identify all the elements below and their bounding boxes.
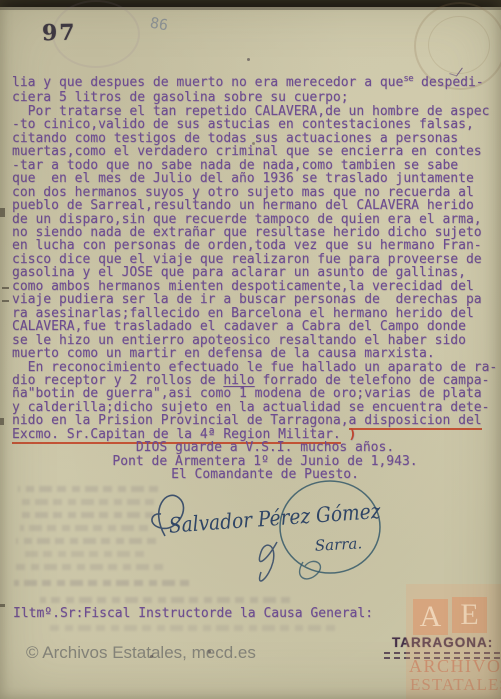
closing-line: Pont de Armentera 1º de Junio de 1,943. <box>30 455 500 468</box>
typed-line: gasolina y el JOSE que para aclarar un a… <box>12 266 500 279</box>
signature-name: Salvador Pérez Gómez <box>168 499 382 538</box>
typed-text-segment: lia y que despues de muerto no era merec… <box>12 75 403 90</box>
closing-block: DIOS guarde a V.S.I. muchos años.Pont de… <box>12 441 500 481</box>
scanned-document-page: 97 86 lia y que despues de muerto no era… <box>0 0 501 699</box>
bleed-through-line <box>45 625 335 631</box>
typed-line: ciera 5 litros de gasolina sobre su cuer… <box>12 91 500 104</box>
scan-speck <box>0 418 4 425</box>
ink-dot <box>247 58 250 61</box>
scan-speck <box>2 287 9 289</box>
typed-line: que en el mes de Julio del año 1936 se t… <box>12 172 500 185</box>
bleed-through-line <box>24 551 144 557</box>
signature-lower-flourish <box>259 542 277 581</box>
watermark-letter-e: E <box>452 597 487 633</box>
typed-line: se le hizo un entierro apoteosico resalt… <box>12 334 500 347</box>
bleed-through-line <box>16 512 154 518</box>
typed-line: de un disparo,sin que recuerde tampoco d… <box>12 213 500 226</box>
typed-line: no siendo nada de extrañar que resultase… <box>12 226 500 239</box>
typed-line: como ambos hermanos mienten despoticamen… <box>12 280 500 293</box>
typed-line: En reconocimiento efectuado le fue halla… <box>12 361 500 374</box>
typed-line: muertas,como el verdadero criminal que s… <box>12 145 500 158</box>
copyright-notice: © Archivos Estatales, mecd.es <box>26 643 256 663</box>
scan-edge-top <box>0 0 501 7</box>
typed-text-segment: despedi- <box>413 75 483 90</box>
faint-corner-number: 86 <box>149 14 170 35</box>
typed-line: citando como testigos de todas sus actua… <box>12 132 500 145</box>
signature-loop-flourish <box>300 561 321 578</box>
typed-line: CALAVERA,fue trasladado el cadaver a Cab… <box>12 320 500 333</box>
bleed-through-line <box>20 525 148 531</box>
typed-line: Por tratarse el tan repetido CALAVERA,de… <box>12 105 500 118</box>
typed-line: pueblo de Sarreal,resultando un hermano … <box>12 199 500 212</box>
typed-line: -to cinico,valido de sus astucias en con… <box>12 118 500 131</box>
signature-drawing: Salvador Pérez Gómez Sarra. <box>135 478 401 598</box>
typed-letter-body: lia y que despues de muerto no era merec… <box>12 76 500 482</box>
typed-line: viaje pudiera ser la de ir a buscar pers… <box>12 293 500 306</box>
watermark-text-estatales: ESTATALES <box>410 675 501 695</box>
typed-line: y calderilla;dicho sujeto en la actualid… <box>12 401 500 414</box>
typed-line: -tar a todo que no sabe nada de nada,com… <box>12 159 500 172</box>
typed-line: con dos hermanos suyos y otro sujeto mas… <box>12 186 500 199</box>
scan-speck <box>0 208 5 217</box>
archive-watermark: A E ARCHIVOS ESTATALES <box>406 584 501 699</box>
page-number-stamp: 97 <box>42 20 77 47</box>
typed-line: nido en la Prision Provincial de Tarrago… <box>12 414 500 427</box>
signature-block: Salvador Pérez Gómez Sarra. <box>135 478 401 598</box>
typed-line: lia y que despues de muerto no era merec… <box>12 76 500 91</box>
typed-text-segment: a disposicion del <box>349 413 482 430</box>
typed-line: en lucha con personas de orden,toda vez … <box>12 239 500 252</box>
typed-line: ña"botin de guerra",asi como 1 modena de… <box>12 387 500 400</box>
addressee-line: Iltmº.Sr:Fiscal Instructorde la Causa Ge… <box>13 606 373 621</box>
typed-line: muerto como un martir en defensa de la c… <box>12 347 500 360</box>
scan-speck <box>2 300 9 302</box>
watermark-letter-a: A <box>413 599 448 635</box>
ink-dot <box>150 655 153 658</box>
typed-paragraphs: lia y que despues de muerto no era merec… <box>12 76 500 441</box>
ink-dot <box>252 142 255 145</box>
typed-line: ra asesinarlas;fallecido en Barcelona el… <box>12 307 500 320</box>
ink-dot <box>208 650 211 653</box>
faint-round-stamp-inner <box>428 16 490 74</box>
typed-text-segment: se <box>403 74 413 84</box>
scan-edge-top-shadow <box>0 7 501 10</box>
scan-speck <box>0 604 5 607</box>
typed-line: cisco dice que el viaje que realizaron f… <box>12 253 500 266</box>
signature-rubric: Sarra. <box>314 534 362 554</box>
watermark-text-archivos: ARCHIVOS <box>409 656 501 677</box>
typed-line: dio receptor y 2 rollos de hilo forrado … <box>12 374 500 387</box>
